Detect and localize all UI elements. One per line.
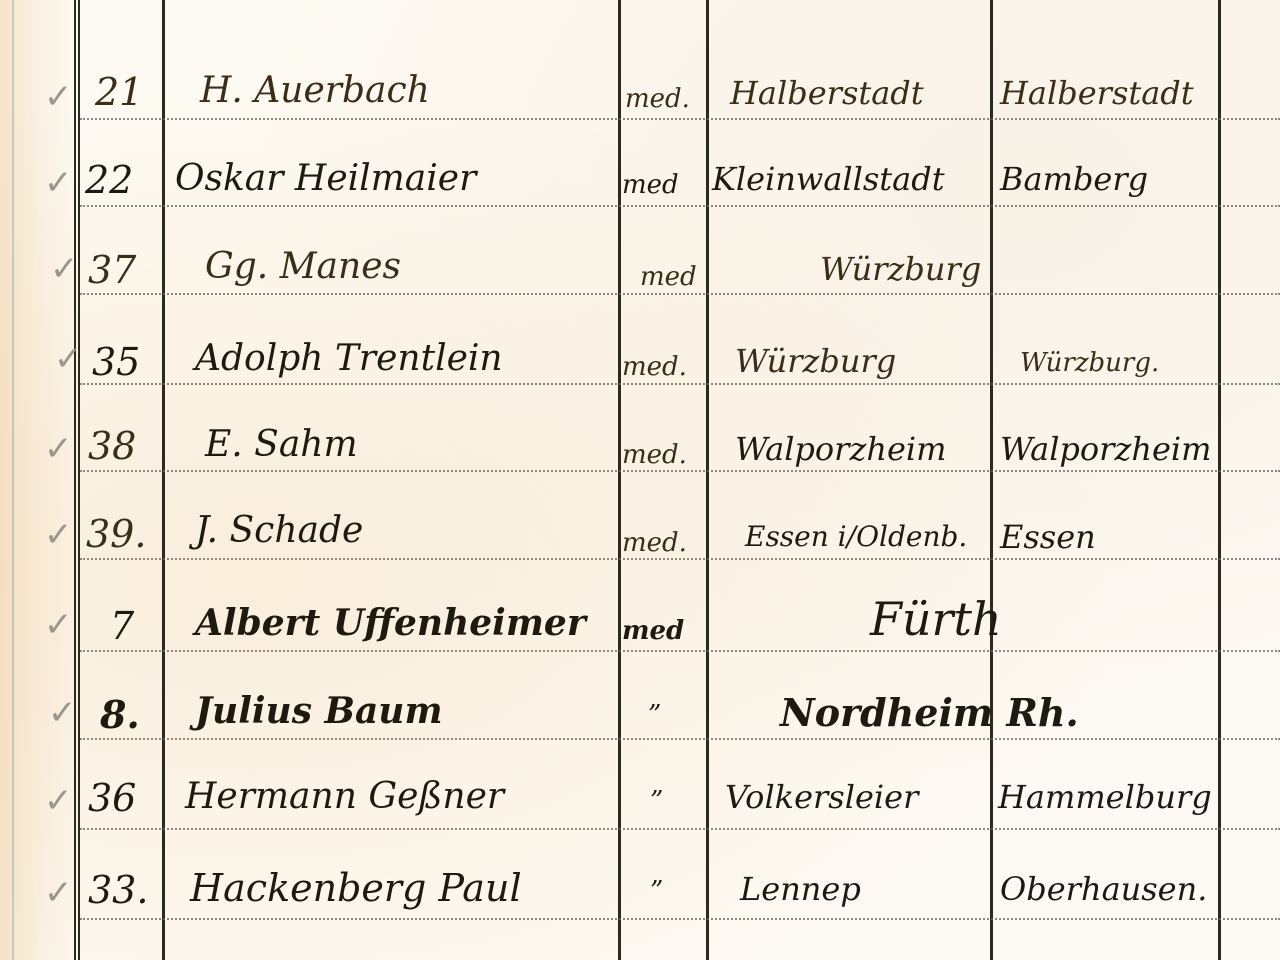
entry-birthplace: Fürth: [870, 592, 1002, 646]
entry-number: 21: [95, 70, 143, 114]
row-rule: [80, 918, 1280, 920]
entry-name: Hackenberg Paul: [190, 866, 522, 910]
entry-name: J. Schade: [195, 510, 363, 551]
entry-birthplace: Essen i/Oldenb.: [745, 520, 967, 553]
row-rule: [80, 738, 1280, 740]
checkmark-icon: ✓: [44, 784, 74, 818]
entry-name: Oskar Heilmaier: [175, 158, 476, 199]
entry-residence: Halberstadt: [1000, 74, 1194, 112]
column-rule-faculty: [706, 0, 709, 960]
entry-number: 39.: [86, 512, 146, 556]
entry-number: 35: [92, 340, 140, 384]
entry-birthplace: Volkersleier: [725, 778, 918, 816]
entry-name: E. Sahm: [205, 424, 358, 465]
entry-birthplace: Kleinwallstadt: [712, 160, 945, 198]
entry-residence: Würzburg.: [1020, 348, 1159, 378]
row-rule: [80, 205, 1280, 207]
entry-birthplace: Walporzheim: [735, 430, 946, 468]
entry-number: 7: [110, 604, 134, 648]
entry-faculty: ”: [648, 700, 661, 730]
row-rule: [80, 470, 1280, 472]
entry-number: 37: [88, 248, 136, 292]
page-edge: [12, 0, 14, 960]
entry-faculty: med: [622, 616, 684, 646]
entry-birthplace: Halberstadt: [730, 74, 924, 112]
entry-faculty: med: [622, 170, 679, 200]
checkmark-icon: ✓: [44, 80, 74, 114]
column-rule-left-inner: [78, 0, 80, 960]
entry-residence: Essen: [1000, 518, 1096, 556]
row-rule: [80, 558, 1280, 560]
entry-residence: Walporzheim: [1000, 430, 1211, 468]
entry-name: H. Auerbach: [200, 70, 430, 111]
entry-faculty: med.: [622, 352, 687, 382]
checkmark-icon: ✓: [44, 876, 74, 910]
checkmark-icon: ✓: [44, 432, 74, 466]
entry-name: Gg. Manes: [205, 246, 401, 287]
row-rule: [80, 293, 1280, 295]
entry-faculty: med.: [622, 440, 687, 470]
entry-number: 22: [85, 158, 133, 202]
column-rule-birthplace: [990, 0, 993, 960]
ledger-page: ✓ 21 H. Auerbach med. Halberstadt Halber…: [0, 0, 1280, 960]
row-rule: [80, 650, 1280, 652]
entry-number: 36: [88, 776, 136, 820]
entry-residence: Oberhausen.: [1000, 870, 1207, 908]
checkmark-icon: ✓: [44, 166, 74, 200]
column-rule-left-outer: [74, 0, 76, 960]
entry-faculty: med.: [625, 84, 690, 114]
entry-faculty: ”: [650, 876, 663, 906]
row-rule: [80, 118, 1280, 120]
entry-residence: Hammelburg: [998, 778, 1212, 816]
entry-birthplace: Würzburg: [820, 250, 981, 288]
entry-faculty: med.: [622, 528, 687, 558]
column-rule-name: [618, 0, 621, 960]
checkmark-icon: ✓: [54, 342, 84, 376]
entry-name: Albert Uffenheimer: [195, 602, 586, 644]
entry-faculty: ”: [650, 786, 663, 816]
entry-name: Julius Baum: [195, 690, 443, 732]
entry-birthplace: Würzburg: [735, 342, 896, 380]
column-rule-number: [162, 0, 165, 960]
checkmark-icon: ✓: [50, 252, 80, 286]
entry-birthplace: Lennep: [740, 870, 861, 908]
entry-number: 8.: [100, 692, 140, 737]
entry-name: Hermann Geßner: [185, 776, 504, 817]
checkmark-icon: ✓: [44, 608, 74, 642]
column-rule-residence: [1218, 0, 1221, 960]
entry-birthplace: Nordheim Rh.: [780, 690, 1079, 735]
row-rule: [80, 383, 1280, 385]
checkmark-icon: ✓: [44, 518, 74, 552]
entry-faculty: med: [640, 262, 697, 292]
entry-number: 33.: [88, 868, 148, 912]
checkmark-icon: ✓: [48, 696, 78, 730]
row-rule: [80, 828, 1280, 830]
entry-residence: Bamberg: [1000, 160, 1148, 198]
entry-name: Adolph Trentlein: [195, 338, 503, 379]
entry-number: 38: [88, 424, 136, 468]
